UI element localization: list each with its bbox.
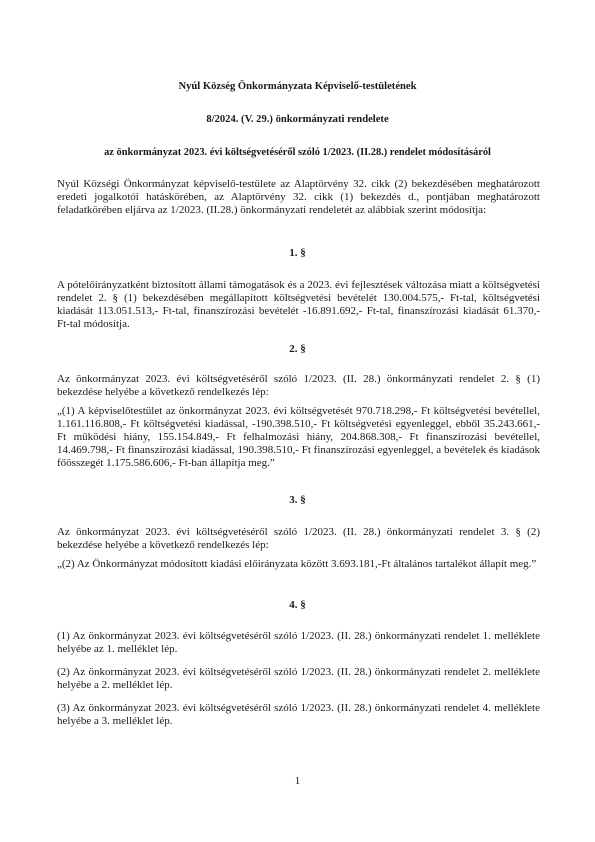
section-4-heading: 4. § [0,599,595,612]
section-1-paragraph-1: A pótelőirányzatként biztosított állami … [57,279,540,331]
council-title: Nyúl Község Önkormányzata Képviselő-test… [0,80,595,93]
section-3-heading: 3. § [0,494,595,507]
decree-number: 8/2024. (V. 29.) önkormányzati rendelete [0,113,595,126]
section-4-paragraph-2: (2) Az önkormányzat 2023. évi költségvet… [57,666,540,692]
section-3-paragraph-1: Az önkormányzat 2023. évi költségvetésér… [57,526,540,552]
section-2-paragraph-2: „(1) A képviselőtestület az önkormányzat… [57,405,540,470]
section-1-heading: 1. § [0,247,595,260]
section-2-heading: 2. § [0,343,595,356]
section-2-paragraph-1: Az önkormányzat 2023. évi költségvetésér… [57,373,540,399]
preamble-paragraph: Nyúl Községi Önkormányzat képviselő-test… [57,178,540,217]
section-4-paragraph-1: (1) Az önkormányzat 2023. évi költségvet… [57,630,540,656]
page-number: 1 [0,775,595,788]
decree-subject: az önkormányzat 2023. évi költségvetésér… [0,146,595,159]
section-4-paragraph-3: (3) Az önkormányzat 2023. évi költségvet… [57,702,540,728]
section-3-paragraph-2: „(2) Az Önkormányzat módosított kiadási … [57,558,540,571]
document-page: Nyúl Község Önkormányzata Képviselő-test… [0,0,595,842]
